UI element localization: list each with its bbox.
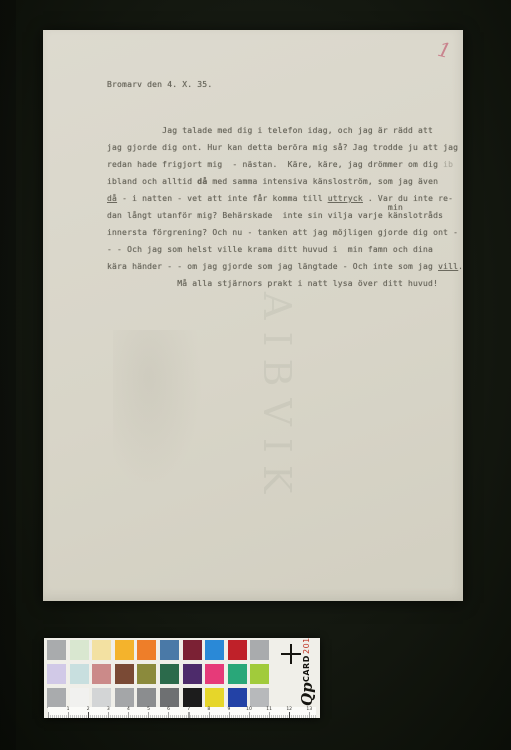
letter-text-segment: ibland och alltid (107, 177, 197, 186)
color-patch (115, 664, 134, 684)
scan-edge-shadow (0, 0, 16, 750)
letter-line: ibland och alltid då med samma intensiva… (107, 173, 453, 190)
color-patch (115, 688, 134, 708)
letter-text-segment: . (458, 262, 463, 271)
color-patch (250, 688, 269, 708)
color-patch (205, 640, 224, 660)
letter-line: jag gjorde dig ont. Hur kan detta beröra… (107, 139, 453, 156)
color-patch (70, 664, 89, 684)
color-patch (137, 640, 156, 660)
letter-text-segment: Må alla stjärnors prakt i natt lysa över… (107, 279, 438, 288)
letter-text-segment: innersta förgrening? Och nu - tanken att… (107, 228, 458, 237)
letter-text-segment: - - Och jag som helst ville krama ditt h… (107, 245, 433, 254)
paper-watermark: AIBVIK (255, 292, 299, 572)
paper-smudge (113, 330, 203, 490)
handwritten-page-number: 1 (435, 37, 453, 63)
qpcard-label-number: 201 (296, 637, 318, 654)
letter-text-segment: vill (438, 262, 458, 271)
letter-line: Jag talade med dig i telefon idag, och j… (107, 122, 453, 139)
color-patch (250, 640, 269, 660)
letter-text-segment: - i natten - vet att inte får komma till (117, 194, 328, 203)
color-patch (47, 640, 66, 660)
letter-text-segment: Jag talade med dig i telefon idag, och j… (107, 126, 433, 135)
letter-text-segment: jag gjorde dig ont. Hur kan detta beröra… (107, 143, 458, 152)
color-patch (183, 640, 202, 660)
color-patch (205, 688, 224, 708)
photograph-of-letter: 1 Bromarv den 4. X. 35. Jag talade med d… (0, 0, 511, 750)
color-patch (183, 664, 202, 684)
letter-text-segment: känslotråds (388, 211, 443, 220)
qpcard-color-reference: QpCARD201 12345678910111213 (44, 638, 320, 718)
color-patch (160, 664, 179, 684)
letter-text-segment: . Var du inte re- (363, 194, 453, 203)
color-patch (92, 688, 111, 708)
color-patch (47, 688, 66, 708)
letter-text-segment: dan långt utanför mig? Behärskade inte s… (107, 211, 388, 220)
letter-line: innersta förgrening? Och nu - tanken att… (107, 224, 453, 241)
letter-text-segment: med samma intensiva känsloström, som jag… (207, 177, 438, 186)
color-patch (183, 688, 202, 708)
qpcard-label-qp: Qp (296, 682, 318, 706)
color-patch (205, 664, 224, 684)
color-patch (92, 640, 111, 660)
color-patch (250, 664, 269, 684)
letter-line: kära händer - - om jag gjorde som jag lä… (107, 258, 453, 275)
color-patch (47, 664, 66, 684)
letter-text-segment: kära händer - - om jag gjorde som jag lä… (107, 262, 438, 271)
qpcard-label: QpCARD201 (296, 640, 318, 706)
color-patch (228, 688, 247, 708)
color-patch (70, 688, 89, 708)
letter-text-segment: då (107, 194, 117, 203)
ruler-ticks (48, 712, 316, 718)
color-patch (160, 640, 179, 660)
letter-line: Må alla stjärnors prakt i natt lysa över… (107, 275, 453, 292)
letter-paper: 1 Bromarv den 4. X. 35. Jag talade med d… (43, 30, 463, 601)
color-patch (115, 640, 134, 660)
qpcard-ruler: 12345678910111213 (48, 707, 316, 718)
qpcard-label-card: CARD (296, 656, 318, 683)
color-patch (137, 664, 156, 684)
letter-text-segment: uttryck (328, 194, 363, 203)
letter-line: dan långt utanför mig? Behärskade inte s… (107, 207, 453, 224)
letter-dateline: Bromarv den 4. X. 35. (107, 80, 212, 89)
letter-line: - - Och jag som helst ville krama ditt h… (107, 241, 453, 258)
color-patch (228, 664, 247, 684)
letter-line: redan hade frigjort mig - nästan. Käre, … (107, 156, 453, 173)
color-patch (70, 640, 89, 660)
letter-body: Jag talade med dig i telefon idag, och j… (107, 122, 453, 292)
color-patch (137, 688, 156, 708)
letter-text-segment: då (197, 177, 207, 186)
letter-text-segment: ib (443, 160, 453, 169)
letter-text-segment: redan hade frigjort mig - nästan. Käre, … (107, 160, 443, 169)
color-patch (160, 688, 179, 708)
color-patch (92, 664, 111, 684)
color-patch (228, 640, 247, 660)
